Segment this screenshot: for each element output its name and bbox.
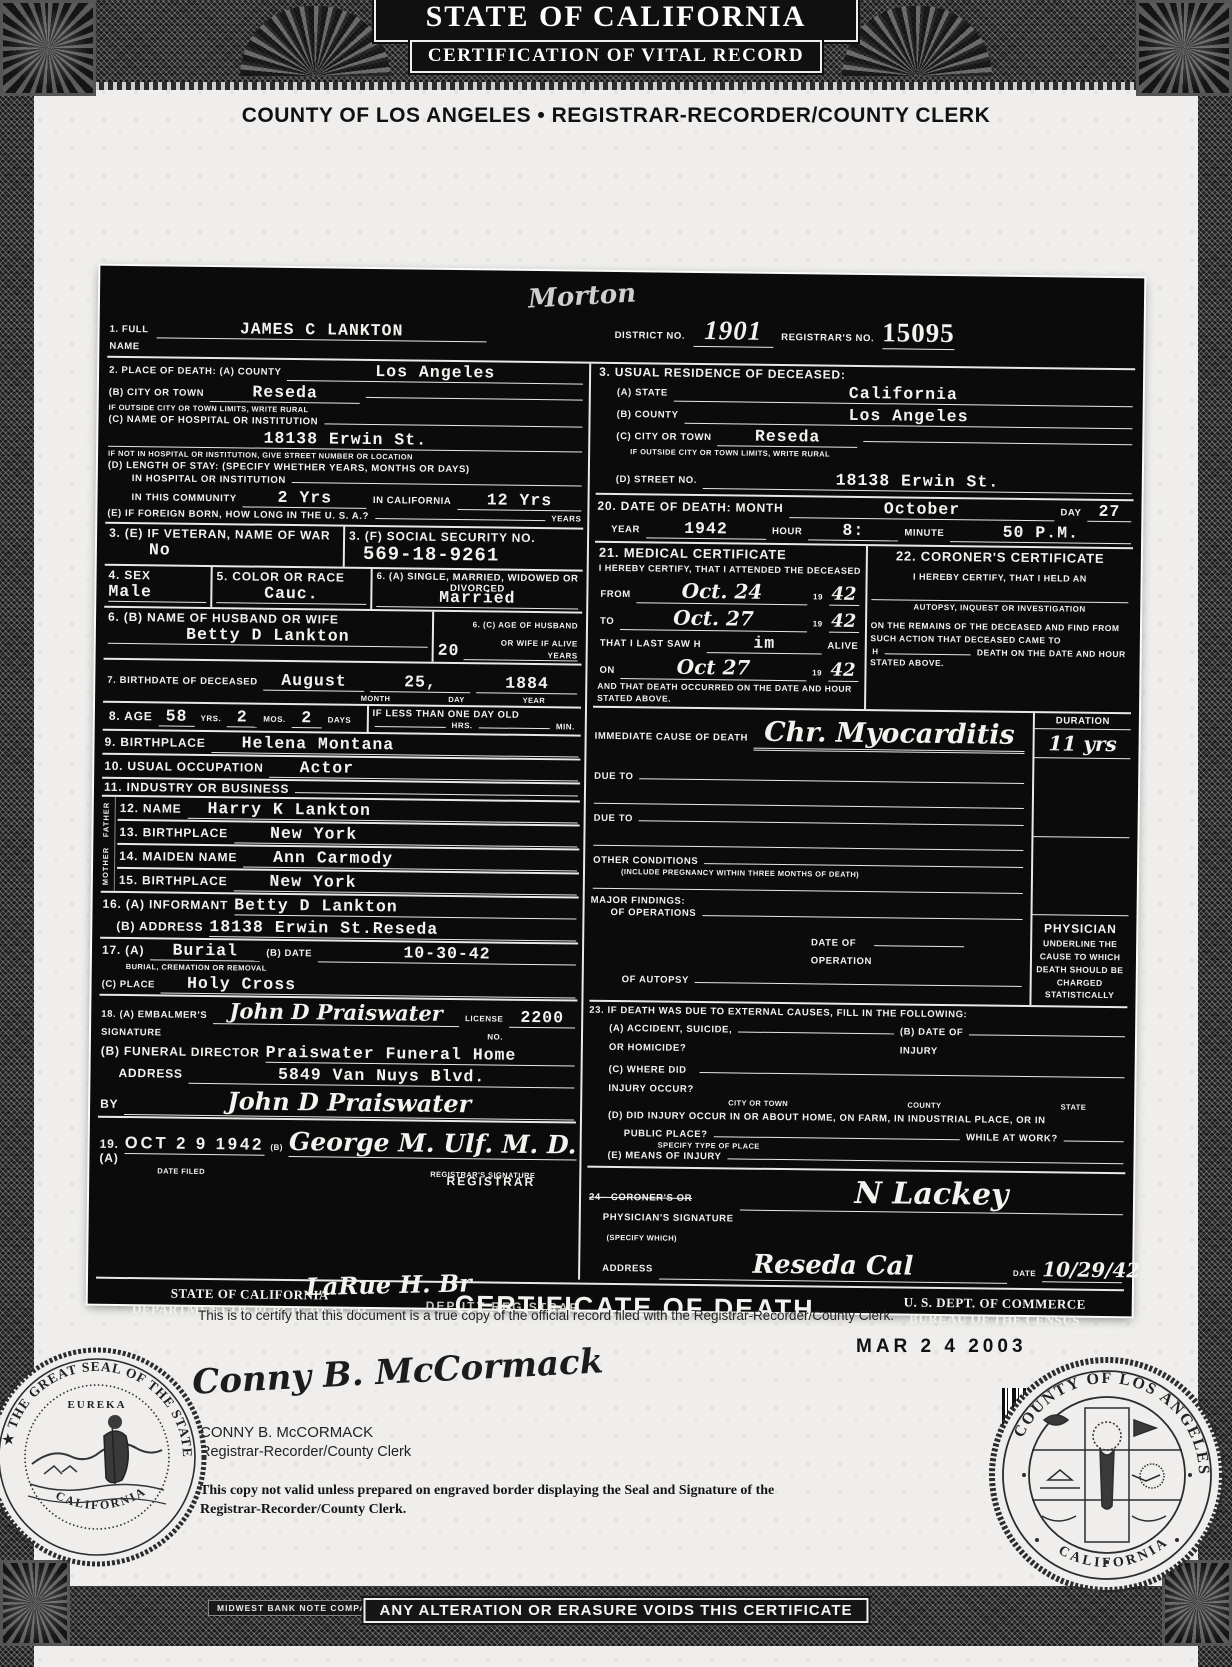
mos-label: MOS. bbox=[263, 715, 286, 724]
death-year-label: YEAR bbox=[611, 524, 640, 535]
occupation-label: 10. USUAL OCCUPATION bbox=[104, 759, 264, 775]
mother-side-label: MOTHER bbox=[101, 847, 114, 886]
residence-city-value: Reseda bbox=[718, 426, 858, 448]
in-community-value: 2 Yrs bbox=[243, 487, 367, 509]
attended-to-label: TO bbox=[600, 615, 614, 626]
b-label: (B) bbox=[270, 1143, 283, 1152]
residence-label: 3. USUAL RESIDENCE OF DECEASED: bbox=[599, 365, 846, 382]
father-side-label: FATHER bbox=[101, 802, 114, 838]
injury-where-label-1: (C) WHERE DID bbox=[609, 1064, 687, 1076]
injury-date-label-1: (B) DATE OF bbox=[900, 1027, 964, 1039]
physician-address-label: ADDRESS bbox=[588, 1263, 653, 1275]
from-year-value: 42 bbox=[829, 583, 859, 605]
district-no-value: 1901 bbox=[693, 315, 773, 348]
industry-value bbox=[295, 792, 578, 796]
days-label: DAYS bbox=[328, 715, 352, 724]
death-minute-value: 50 P.M. bbox=[950, 522, 1131, 544]
spouse-value: Betty D Lankton bbox=[108, 624, 428, 648]
death-day-value: 27 bbox=[1087, 502, 1131, 523]
clerk-signature: Conny B. McCormack bbox=[191, 1341, 604, 1402]
mother-maiden-label: 14. MAIDEN NAME bbox=[119, 849, 237, 864]
coroner-tail-text: DEATH ON THE DATE AND HOUR bbox=[977, 647, 1126, 659]
disposition-place-value: Holy Cross bbox=[161, 973, 576, 998]
death-day-label: DAY bbox=[1060, 507, 1081, 518]
deputy-registrar-signature: LaRue H. Br bbox=[306, 1268, 472, 1301]
medical-certificate-title: 21. MEDICAL CERTIFICATE bbox=[599, 545, 862, 563]
sex-label: 4. SEX bbox=[109, 568, 207, 583]
age-label: 8. AGE bbox=[109, 709, 153, 724]
informant-value: Betty D Lankton bbox=[234, 895, 577, 919]
year-sub: YEAR bbox=[523, 696, 546, 705]
from-year-prefix: 19 bbox=[813, 592, 823, 601]
disposition-label: 17. (A) bbox=[102, 943, 144, 958]
residence-rural-note: IF OUTSIDE CITY OR TOWN LIMITS, WRITE RU… bbox=[630, 447, 830, 458]
yrs-label: YRS. bbox=[201, 714, 222, 723]
in-california-value: 12 Yrs bbox=[457, 490, 581, 512]
birthdate-month: August bbox=[264, 671, 365, 692]
min-label: MIN. bbox=[556, 722, 575, 731]
means-of-injury-label: (E) MEANS OF INJURY bbox=[607, 1150, 721, 1162]
embalmer-label-2: SIGNATURE bbox=[101, 1026, 162, 1038]
funeral-by-signature: John D Praiswater bbox=[124, 1085, 574, 1120]
while-at-work-label: WHILE AT WORK? bbox=[966, 1132, 1058, 1144]
informant-address-label: (B) ADDRESS bbox=[102, 919, 203, 934]
city-sub: CITY OR TOWN bbox=[728, 1098, 788, 1108]
registrar-no-label: REGISTRAR'S NO. bbox=[781, 332, 874, 344]
attended-from-label: FROM bbox=[600, 588, 631, 599]
in-california-label: IN CALIFORNIA bbox=[373, 495, 452, 507]
death-hour-label: HOUR bbox=[772, 526, 803, 537]
ssn-value: 569-18-9261 bbox=[349, 543, 579, 568]
date-of-operation-label-2: OPERATION bbox=[811, 956, 872, 968]
physician-date-label: DATE bbox=[1013, 1269, 1036, 1278]
funeral-director-value: Praiswater Funeral Home bbox=[266, 1043, 575, 1067]
form-footer-band: LaRue H. Br DEPUTY REGISTRAR STATE OF CA… bbox=[95, 1277, 1123, 1334]
disposition-date-label: (B) DATE bbox=[266, 948, 312, 960]
mother-birthplace-value: New York bbox=[233, 871, 577, 895]
clerk-title: Registrar-Recorder/County Clerk bbox=[200, 1444, 411, 1460]
coroner-autopsy-label: AUTOPSY, INQUEST OR INVESTIGATION bbox=[871, 602, 1129, 614]
embalmer-label-1: 18. (A) EMBALMER'S bbox=[101, 1009, 207, 1021]
in-hospital-value bbox=[292, 482, 582, 487]
validity-notice: This copy not valid unless prepared on e… bbox=[200, 1482, 800, 1520]
hrs-label: HRS. bbox=[452, 721, 473, 730]
county-of-los-angeles-seal: COUNTY OF LOS ANGELES CALIFORNIA bbox=[982, 1350, 1232, 1600]
spouse-age-value: 20 bbox=[438, 641, 460, 660]
attended-from-value: Oct. 24 bbox=[637, 578, 808, 605]
saw-on-label: ON bbox=[599, 664, 615, 675]
last-saw-label: THAT I LAST SAW H bbox=[600, 637, 701, 649]
birthdate-label: 7. BIRTHDATE OF DECEASED bbox=[107, 675, 258, 688]
residence-street-value: 18138 Erwin St. bbox=[703, 469, 1132, 494]
alive-label: ALIVE bbox=[827, 640, 858, 651]
district-no-label: DISTRICT NO. bbox=[615, 330, 686, 342]
race-value: Cauc. bbox=[216, 583, 366, 605]
full-name-value: JAMES C LANKTON bbox=[157, 319, 487, 343]
mother-birthplace-label: 15. BIRTHPLACE bbox=[119, 873, 228, 888]
in-community-label: IN THIS COMMUNITY bbox=[131, 492, 236, 504]
county-header: COUNTY OF LOS ANGELES • REGISTRAR-RECORD… bbox=[0, 104, 1232, 128]
embalmer-signature: John D Praiswater bbox=[213, 998, 459, 1027]
birthplace-value: Helena Montana bbox=[212, 733, 579, 757]
death-hour-value: 8: bbox=[808, 520, 898, 541]
father-name-value: Harry K Lankton bbox=[187, 799, 577, 824]
place-of-death-label: 2. PLACE OF DEATH: (A) COUNTY bbox=[109, 365, 282, 378]
physician-signature-value: N Lackey bbox=[740, 1175, 1124, 1216]
county-sub: COUNTY bbox=[907, 1101, 941, 1110]
veteran-value: No bbox=[109, 540, 339, 562]
full-name-label-1: 1. FULL bbox=[110, 324, 149, 335]
name-row: Morton 1. FULL NAME JAMES C LANKTON DIST… bbox=[107, 270, 1136, 371]
death-minute-label: MINUTE bbox=[904, 528, 944, 539]
state-sub: STATE bbox=[1061, 1102, 1087, 1111]
foreign-born-label: (E) IF FOREIGN BORN, HOW LONG IN THE U. … bbox=[107, 508, 369, 522]
last-saw-value: im bbox=[707, 633, 822, 654]
funeral-director-label: (B) FUNERAL DIRECTOR bbox=[101, 1044, 260, 1060]
border-corner-ornament bbox=[0, 0, 96, 96]
residence-county-label: (B) COUNTY bbox=[617, 409, 679, 421]
death-city-label: (B) CITY OR TOWN bbox=[109, 387, 204, 399]
form-left-column: 2. PLACE OF DEATH: (A) COUNTY Los Angele… bbox=[96, 358, 591, 1280]
date-filed-value: OCT 2 9 1942 bbox=[125, 1134, 265, 1156]
residence-street-label: (D) STREET NO. bbox=[616, 474, 697, 486]
physician-address-value: Reseda Cal bbox=[659, 1249, 1008, 1284]
license-value: 2200 bbox=[509, 1008, 575, 1029]
clerk-name: CONNY B. McCORMACK bbox=[200, 1424, 373, 1441]
in-hospital-label: IN HOSPITAL OR INSTITUTION bbox=[132, 473, 286, 486]
father-birthplace-label: 13. BIRTHPLACE bbox=[119, 825, 228, 840]
cause-of-death-value: Chr. Myocarditis bbox=[754, 717, 1025, 754]
death-city-value: Reseda bbox=[210, 382, 360, 404]
registrar-no-value: 15095 bbox=[882, 318, 955, 351]
coroner-certificate-title: 22. CORONER'S CERTIFICATE bbox=[871, 548, 1129, 566]
vital-record-banner: CERTIFICATION OF VITAL RECORD bbox=[410, 40, 822, 73]
date-of-death-label: 20. DATE OF DEATH: MONTH bbox=[597, 499, 783, 515]
other-conditions-label: OTHER CONDITIONS bbox=[593, 855, 698, 867]
coroner-tail2-text: STATED ABOVE. bbox=[870, 657, 1128, 670]
injury-date-label-2: INJURY bbox=[900, 1046, 938, 1057]
disposition-date-value: 10-30-42 bbox=[318, 942, 576, 965]
registrar-signature: George M. Ulf. M. D. bbox=[289, 1127, 577, 1161]
license-label-1: LICENSE bbox=[465, 1014, 503, 1023]
occupation-value: Actor bbox=[269, 758, 578, 782]
spouse-age-label: 6. (C) AGE OF HUSBAND bbox=[473, 620, 578, 630]
injury-where-label-2: INJURY OCCUR? bbox=[608, 1083, 694, 1095]
race-label: 5. COLOR OR RACE bbox=[217, 569, 367, 585]
birthplace-label: 9. BIRTHPLACE bbox=[104, 735, 205, 750]
attended-to-value: Oct. 27 bbox=[620, 605, 807, 632]
duration-label: DURATION bbox=[1035, 713, 1131, 730]
by-label: BY bbox=[100, 1097, 118, 1111]
ca-seal-eureka: EUREKA bbox=[67, 1399, 126, 1411]
day-sub: DAY bbox=[448, 695, 464, 704]
duration-value: 11 yrs bbox=[1034, 729, 1130, 759]
medical-footer-text: AND THAT DEATH OCCURRED ON THE DATE AND … bbox=[597, 679, 860, 707]
informant-label: 16. (A) INFORMANT bbox=[102, 897, 228, 913]
great-seal-california: ★ THE GREAT SEAL OF THE STATE ★ CALIFORN… bbox=[0, 1344, 210, 1570]
month-sub: MONTH bbox=[361, 694, 391, 703]
border-corner-ornament bbox=[0, 1560, 70, 1646]
public-place-label: PUBLIC PLACE? bbox=[624, 1128, 708, 1140]
death-month-value: October bbox=[789, 498, 1054, 521]
physician-box-title: PHYSICIAN bbox=[1034, 920, 1126, 939]
on-year-prefix: 19 bbox=[812, 668, 822, 677]
disposition-place-label: (C) PLACE bbox=[102, 979, 156, 991]
parents-block: FATHER MOTHER 12. NAME Harry K Lankton 1… bbox=[101, 797, 580, 899]
industry-label: 11. INDUSTRY OR BUSINESS bbox=[104, 780, 289, 796]
coroner-sig-label-1: 24—CORONER'S OR bbox=[589, 1192, 692, 1204]
to-year-prefix: 19 bbox=[813, 619, 823, 628]
medical-certify-text: I HEREBY CERTIFY, THAT I ATTENDED THE DE… bbox=[599, 562, 862, 578]
father-name-label: 12. NAME bbox=[120, 801, 182, 816]
alteration-warning: ANY ALTERATION OR ERASURE VOIDS THIS CER… bbox=[363, 1598, 868, 1623]
injury-home-label: (D) DID INJURY OCCUR IN OR ABOUT HOME, O… bbox=[588, 1110, 1126, 1128]
informant-address-value: 18138 Erwin St.Reseda bbox=[209, 917, 576, 941]
due-to-1-label: DUE TO bbox=[594, 771, 633, 782]
form-right-column: 3. USUAL RESIDENCE OF DECEASED: (A) STAT… bbox=[580, 364, 1135, 1287]
certified-document-page: STATE OF CALIFORNIA CERTIFICATION OF VIT… bbox=[0, 0, 1232, 1667]
residence-city-label: (C) CITY OR TOWN bbox=[616, 431, 711, 443]
cause-of-death-label: IMMEDIATE CAUSE OF DEATH bbox=[595, 731, 749, 744]
border-rule bbox=[0, 82, 1232, 90]
bank-note-company-label: MIDWEST BANK NOTE COMPANY bbox=[208, 1600, 389, 1616]
years-suffix: YEARS bbox=[551, 514, 581, 523]
age-days: 2 bbox=[292, 708, 322, 728]
of-autopsy-label: OF AUTOPSY bbox=[622, 974, 689, 986]
sex-value: Male bbox=[108, 582, 206, 603]
death-year-value: 1942 bbox=[646, 518, 766, 539]
specify-which-note: (SPECIFY WHICH) bbox=[588, 1233, 677, 1243]
physician-date-value: 10/29/42 bbox=[1042, 1257, 1122, 1283]
disposition-value: Burial bbox=[150, 940, 260, 961]
state-banner: STATE OF CALIFORNIA bbox=[374, 0, 858, 42]
veteran-label: 3. (E) IF VETERAN, NAME OF WAR bbox=[109, 526, 339, 543]
coroner-certify-text: I HEREBY CERTIFY, THAT I HELD AN bbox=[871, 571, 1129, 584]
residence-state-label: (A) STATE bbox=[617, 387, 668, 399]
birthdate-year: 1884 bbox=[477, 673, 578, 694]
date-filed-num: 19. (A) bbox=[99, 1137, 118, 1165]
spouse-age-suffix: YEARS bbox=[463, 650, 577, 661]
saw-on-value: Oct 27 bbox=[621, 654, 807, 681]
accident-label-1: (A) ACCIDENT, SUICIDE, bbox=[609, 1023, 732, 1036]
marital-value: Married bbox=[376, 587, 578, 609]
to-year-value: 42 bbox=[829, 610, 859, 632]
due-to-2-label: DUE TO bbox=[594, 813, 633, 824]
registrar-stamp: REGISTRAR bbox=[446, 1174, 535, 1189]
border-corner-ornament bbox=[1136, 0, 1232, 96]
on-year-value: 42 bbox=[828, 659, 858, 681]
coroner-body-text: ON THE REMAINS OF THE DECEASED AND FIND … bbox=[870, 619, 1128, 648]
birthdate-day: 25, bbox=[370, 672, 471, 693]
of-operations-label: OF OPERATIONS bbox=[610, 907, 696, 919]
accident-label-2: OR HOMICIDE? bbox=[609, 1042, 687, 1054]
physician-sig-label: PHYSICIAN'S SIGNATURE bbox=[589, 1212, 734, 1225]
mother-maiden-value: Ann Carmody bbox=[243, 847, 577, 871]
date-of-operation-label-1: DATE OF bbox=[811, 938, 856, 950]
age-months: 2 bbox=[227, 707, 257, 727]
license-label-2: NO. bbox=[487, 1032, 503, 1041]
death-certificate-form: Morton 1. FULL NAME JAMES C LANKTON DIST… bbox=[88, 266, 1145, 1317]
true-copy-statement: This is to certify that this document is… bbox=[198, 1308, 978, 1323]
date-filed-label: DATE FILED bbox=[157, 1167, 205, 1177]
death-county-value: Los Angeles bbox=[287, 361, 583, 385]
age-years: 58 bbox=[158, 706, 194, 726]
full-name-label-2: NAME bbox=[109, 341, 140, 352]
father-birthplace-value: New York bbox=[234, 823, 578, 847]
physician-box-text: UNDERLINE THE CAUSE TO WHICH DEATH SHOUL… bbox=[1033, 938, 1126, 1003]
funeral-address-label: ADDRESS bbox=[100, 1066, 182, 1081]
spouse-age-label-2: OR WIFE IF ALIVE bbox=[501, 639, 578, 649]
handwritten-annotation: Morton bbox=[527, 278, 637, 314]
coroner-h-label: H bbox=[872, 647, 878, 656]
